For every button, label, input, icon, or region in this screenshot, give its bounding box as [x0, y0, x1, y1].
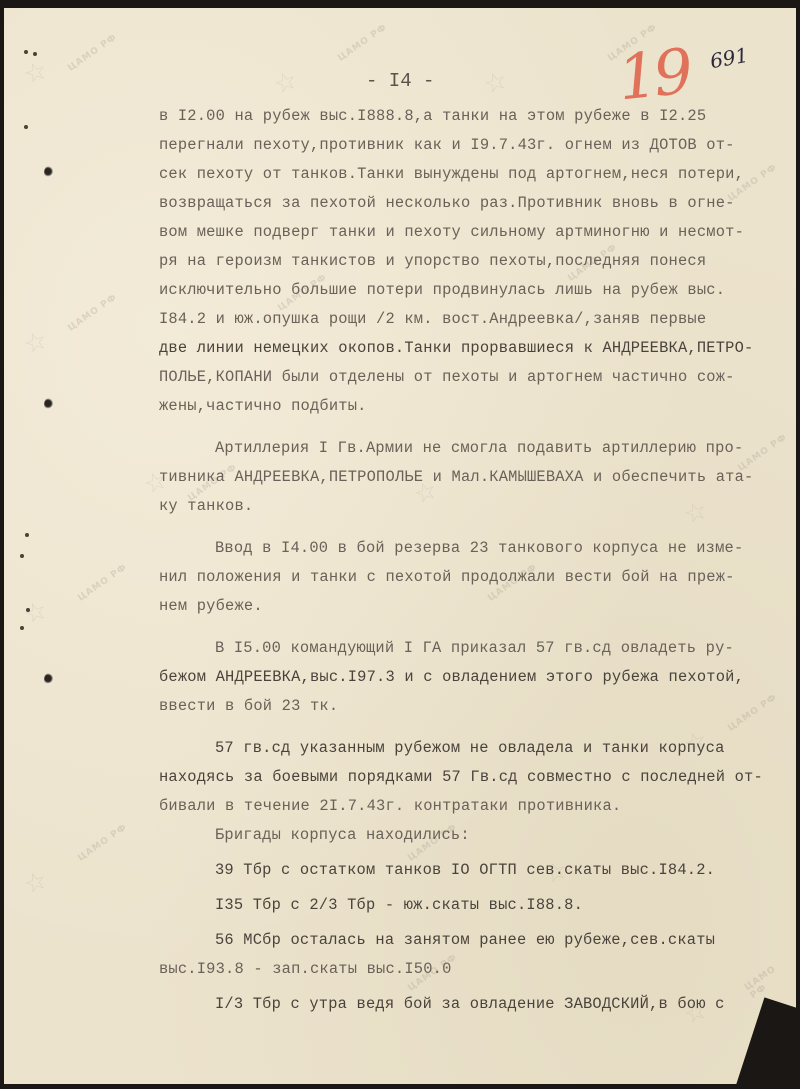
page-number: - I4 -: [366, 70, 434, 92]
text-line: ря на героизм танкистов и упорство пехот…: [159, 247, 789, 276]
text-line: возвращаться за пехотой несколько раз.Пр…: [159, 189, 789, 218]
paper-speck: [24, 125, 28, 129]
text-line: Артиллерия I Гв.Армии не смогла подавить…: [159, 434, 789, 463]
watermark: ЦАМО РФ: [76, 562, 129, 603]
text-line: 57 гв.сд указанным рубежом не овладела и…: [159, 734, 789, 763]
paragraph: Артиллерия I Гв.Армии не смогла подавить…: [159, 434, 789, 521]
star-watermark-icon: ☆: [270, 65, 302, 101]
text-line: тивника АНДРЕЕВКА,ПЕТРОПОЛЬЕ и Мал.КАМЫШ…: [159, 463, 789, 492]
text-line: нем рубеже.: [159, 592, 789, 621]
star-watermark-icon: ☆: [20, 595, 52, 631]
text-line: в I2.00 на рубеж выс.I888.8,а танки на э…: [159, 102, 789, 131]
paper-speck: [25, 533, 29, 537]
watermark: ЦАМО РФ: [66, 32, 119, 73]
text-line: 56 МСбр осталась на занятом ранее ею руб…: [159, 926, 789, 955]
paper-speck: [20, 626, 24, 630]
text-line: бивали в течение 2I.7.43г. контратаки пр…: [159, 792, 789, 821]
paper-speck: [24, 50, 28, 54]
paragraph: 56 МСбр осталась на занятом ранее ею руб…: [159, 926, 789, 984]
folio-number-handwritten: 691: [708, 43, 750, 73]
star-watermark-icon: ☆: [20, 325, 52, 361]
star-watermark-icon: ☆: [480, 65, 512, 101]
text-line: I84.2 и юж.опушка рощи /2 км. вост.Андре…: [159, 305, 789, 334]
text-line: две линии немецких окопов.Танки прорвавш…: [159, 334, 789, 363]
text-line: 39 Тбр с остатком танков IO ОГТП сев.ска…: [159, 856, 789, 885]
document-page: ЦАМО РФ ЦАМО РФ ЦАМО РФ ЦАМО РФ ЦАМО РФ …: [4, 8, 796, 1084]
paragraph: Бригады корпуса находились:: [159, 821, 789, 850]
punch-hole: [44, 673, 54, 685]
punch-hole: [44, 398, 54, 410]
text-line: ку танков.: [159, 492, 789, 521]
text-line: I35 Тбр с 2/3 Тбр - юж.скаты выс.I88.8.: [159, 891, 789, 920]
text-line: сек пехоту от танков.Танки вынуждены под…: [159, 160, 789, 189]
text-line: I/3 Тбр с утра ведя бой за овладение ЗАВ…: [159, 990, 789, 1019]
paragraph: 39 Тбр с остатком танков IO ОГТП сев.ска…: [159, 856, 789, 885]
text-line: Бригады корпуса находились:: [159, 821, 789, 850]
text-line: Ввод в I4.00 в бой резерва 23 танкового …: [159, 534, 789, 563]
watermark: ЦАМО РФ: [76, 822, 129, 863]
text-line: нил положения и танки с пехотой продолжа…: [159, 563, 789, 592]
paper-speck: [33, 52, 37, 56]
text-line: бежом АНДРЕЕВКА,выс.I97.3 и с овладением…: [159, 663, 789, 692]
paragraph: в I2.00 на рубеж выс.I888.8,а танки на э…: [159, 102, 789, 421]
paper-speck: [20, 554, 24, 558]
text-line: исключительно большие потери продвинулас…: [159, 276, 789, 305]
paper-speck: [26, 608, 30, 612]
text-line: перегнали пехоту,противник как и I9.7.43…: [159, 131, 789, 160]
text-line: В I5.00 командующий I ГА приказал 57 гв.…: [159, 634, 789, 663]
punch-hole: [44, 166, 54, 178]
star-watermark-icon: ☆: [20, 55, 52, 91]
text-line: выс.I93.8 - зап.скаты выс.I50.0: [159, 955, 789, 984]
watermark: ЦАМО РФ: [66, 292, 119, 333]
text-line: вом мешке подверг танки и пехоту сильном…: [159, 218, 789, 247]
document-body: в I2.00 на рубеж выс.I888.8,а танки на э…: [159, 102, 789, 1019]
paragraph: I/3 Тбр с утра ведя бой за овладение ЗАВ…: [159, 990, 789, 1019]
star-watermark-icon: ☆: [20, 865, 52, 901]
text-line: находясь за боевыми порядками 57 Гв.сд с…: [159, 763, 789, 792]
text-line: ПОЛЬЕ,КОПАНИ были отделены от пехоты и а…: [159, 363, 789, 392]
paragraph: Ввод в I4.00 в бой резерва 23 танкового …: [159, 534, 789, 621]
text-line: жены,частично подбиты.: [159, 392, 789, 421]
text-line: ввести в бой 23 тк.: [159, 692, 789, 721]
paragraph: 57 гв.сд указанным рубежом не овладела и…: [159, 734, 789, 821]
paragraph: В I5.00 командующий I ГА приказал 57 гв.…: [159, 634, 789, 721]
watermark: ЦАМО РФ: [336, 22, 389, 63]
paragraph: I35 Тбр с 2/3 Тбр - юж.скаты выс.I88.8.: [159, 891, 789, 920]
